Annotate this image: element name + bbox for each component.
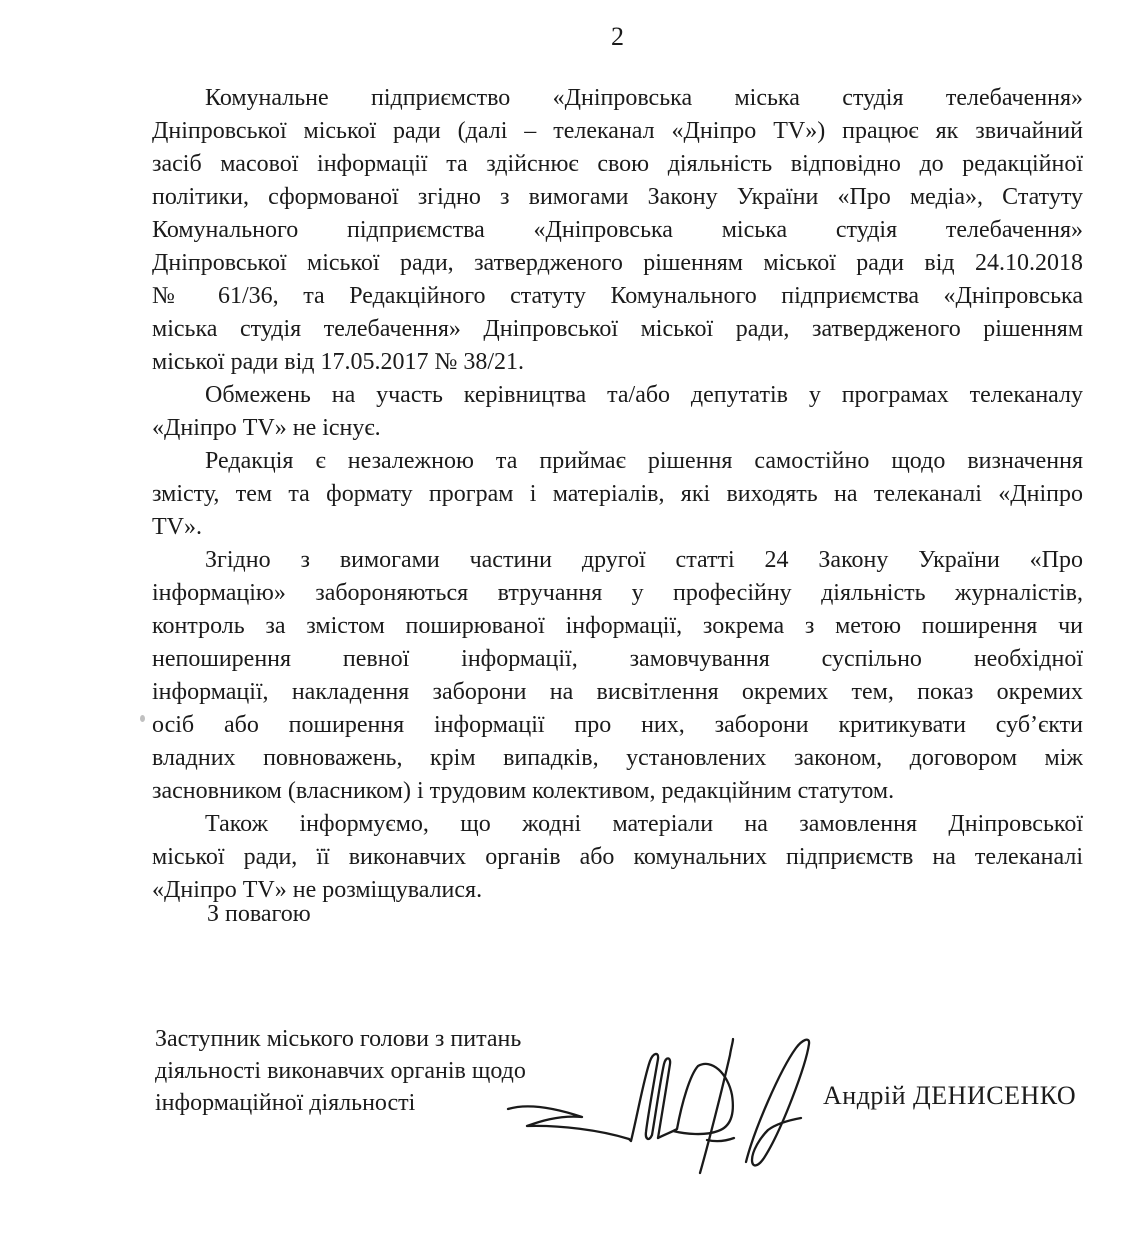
signature-stroke xyxy=(700,1039,733,1173)
closing-salutation: З повагою xyxy=(207,898,311,931)
text-line: інформацію» забороняються втручання у пр… xyxy=(152,577,1083,610)
paragraph-no-commissioned-materials: Також інформуємо, що жодні матеріали на … xyxy=(152,808,1083,907)
text-line: Комунальне підприємство «Дніпровська міс… xyxy=(152,82,1083,115)
signer-title-line: діяльності виконавчих органів щодо xyxy=(155,1055,526,1087)
text-line: міської ради, її виконавчих органів або … xyxy=(152,841,1083,874)
signer-title-line: інформаційної діяльності xyxy=(155,1087,526,1119)
text-line: «Дніпро TV» не існує. xyxy=(152,412,1083,445)
text-line: Обмежень на участь керівництва та/або де… xyxy=(152,379,1083,412)
signer-title-line: Заступник міського голови з питань xyxy=(155,1023,526,1055)
signer-title: Заступник міського голови з питань діяль… xyxy=(155,1023,526,1119)
text-line: політики, сформованої згідно з вимогами … xyxy=(152,181,1083,214)
text-line: змісту, тем та формату програм і матеріа… xyxy=(152,478,1083,511)
text-line: Також інформуємо, що жодні матеріали на … xyxy=(152,808,1083,841)
text-line: міської ради від 17.05.2017 № 38/21. xyxy=(152,346,1083,379)
text-line: владних повноважень, крім випадків, уста… xyxy=(152,742,1083,775)
text-line: Редакція є незалежною та приймає рішення… xyxy=(152,445,1083,478)
paragraph-law-on-information: Згідно з вимогами частини другої статті … xyxy=(152,544,1083,808)
paragraph-company-intro: Комунальне підприємство «Дніпровська міс… xyxy=(152,82,1083,379)
text-line: засновником (власником) і трудовим колек… xyxy=(152,775,1083,808)
scan-artifact-dot xyxy=(140,715,145,722)
paragraph-editorial-independence: Редакція є незалежною та приймає рішення… xyxy=(152,445,1083,544)
text-line: міська студія телебачення» Дніпровської … xyxy=(152,313,1083,346)
text-line: Дніпровської міської ради (далі – телека… xyxy=(152,115,1083,148)
signature-scribble xyxy=(500,1030,820,1180)
text-line: Згідно з вимогами частини другої статті … xyxy=(152,544,1083,577)
text-line: інформації, накладення заборони на висві… xyxy=(152,676,1083,709)
text-line: TV». xyxy=(152,511,1083,544)
signer-name: Андрій ДЕНИСЕНКО xyxy=(823,1080,1076,1112)
signature-stroke xyxy=(746,1040,809,1166)
signature-stroke xyxy=(508,1054,670,1141)
paragraph-no-restrictions: Обмежень на участь керівництва та/або де… xyxy=(152,379,1083,445)
letter-body: Комунальне підприємство «Дніпровська міс… xyxy=(152,82,1083,907)
page-number: 2 xyxy=(152,22,1083,52)
text-line: контроль за змістом поширюваної інформац… xyxy=(152,610,1083,643)
text-line: осіб або поширення інформації про них, з… xyxy=(152,709,1083,742)
text-line: № 61/36, та Редакційного статуту Комунал… xyxy=(152,280,1083,313)
text-line: Комунального підприємства «Дніпровська м… xyxy=(152,214,1083,247)
text-line: непоширення певної інформації, замовчува… xyxy=(152,643,1083,676)
document-page: 2 Комунальне підприємство «Дніпровська м… xyxy=(0,0,1129,1252)
text-line: Дніпровської міської ради, затвердженого… xyxy=(152,247,1083,280)
text-line: засіб масової інформації та здійснює сво… xyxy=(152,148,1083,181)
signature-stroke xyxy=(707,1138,734,1141)
